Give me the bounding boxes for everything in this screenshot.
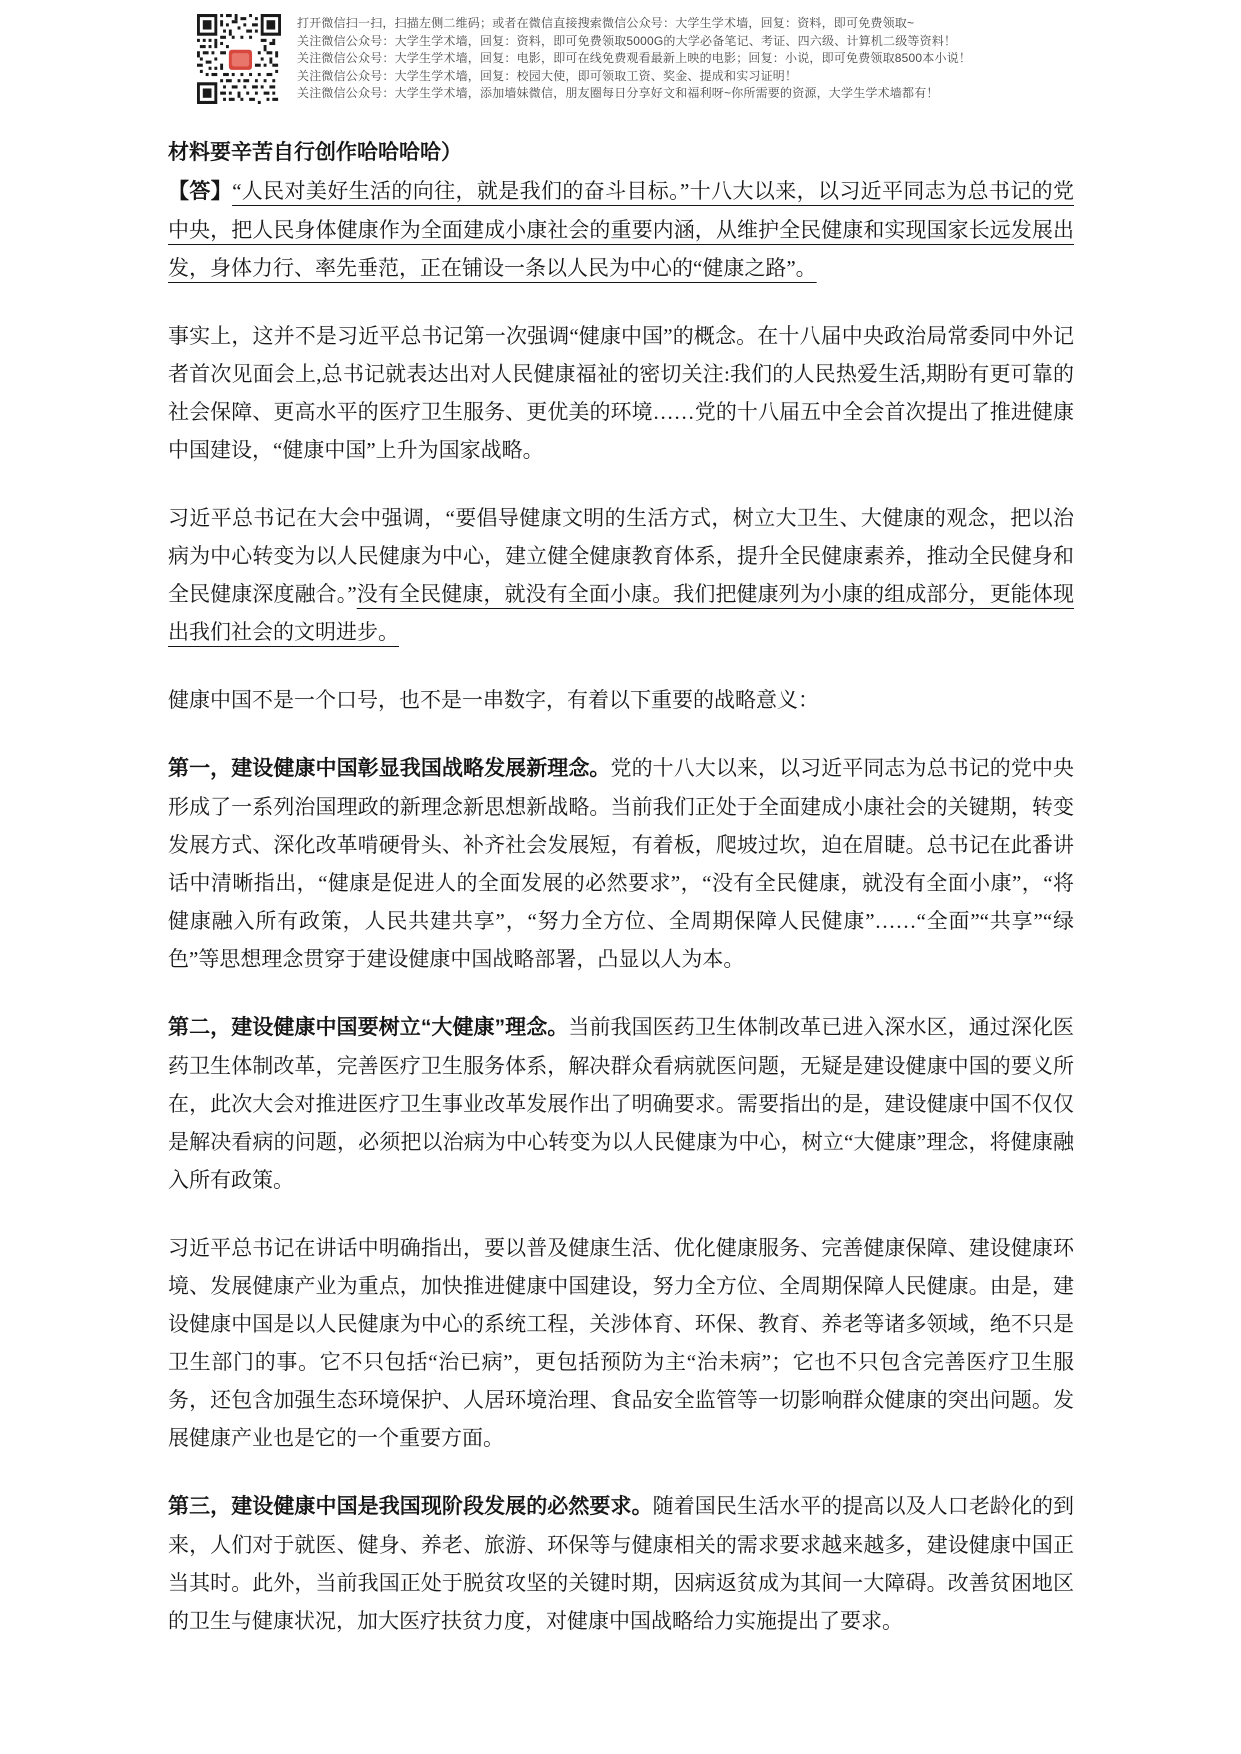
promo-header: 打开微信扫一扫，扫描左侧二维码；或者在微信直接搜索微信公众号：大学生学术墙，回复… (197, 14, 971, 104)
point3-heading: 第三，建设健康中国是我国现阶段发展的必然要求。 (168, 1495, 653, 1518)
answer-paragraph: 【答】“人民对美好生活的向往，就是我们的奋斗目标。”十八大以来，以习近平同志为总… (168, 172, 1074, 287)
promo-line-5: 关注微信公众号：大学生学术墙，添加墙妹微信，朋友圈每日分享好文和福利呀~你所需要… (297, 85, 971, 103)
paragraph-point3: 第三，建设健康中国是我国现阶段发展的必然要求。随着国民生活水平的提高以及人口老龄… (168, 1487, 1074, 1640)
promo-line-2: 关注微信公众号：大学生学术墙，回复：资料，即可免费领取5000G的大学必备笔记、… (297, 33, 971, 51)
paragraph-strategy-intro: 健康中国不是一个口号，也不是一串数字，有着以下重要的战略意义： (168, 681, 1074, 719)
answer-underlined-text: “人民对美好生活的向往，就是我们的奋斗目标。”十八大以来，以习近平同志为总书记的… (168, 179, 1074, 280)
promo-line-4: 关注微信公众号：大学生学术墙，回复：校园大使，即可领取工资、奖金、提成和实习证明… (297, 68, 971, 86)
point2-body: 当前我国医药卫生体制改革已进入深水区，通过深化医药卫生体制改革，完善医疗卫生服务… (168, 1015, 1074, 1192)
wechat-qr-code-icon (197, 14, 281, 104)
answer-label: 【答】 (168, 180, 232, 203)
promo-line-1: 打开微信扫一扫，扫描左侧二维码；或者在微信直接搜索微信公众号：大学生学术墙，回复… (297, 15, 971, 33)
document-page: 打开微信扫一扫，扫描左侧二维码；或者在微信直接搜索微信公众号：大学生学术墙，回复… (0, 0, 1241, 1754)
point2-heading: 第二，建设健康中国要树立“大健康”理念。 (168, 1016, 568, 1039)
doc-title: 材料要辛苦自行创作哈哈哈哈） (168, 134, 1074, 172)
paragraph-point1: 第一，建设健康中国彰显我国战略发展新理念。党的十八大以来，以习近平同志为总书记的… (168, 749, 1074, 978)
document-body: 材料要辛苦自行创作哈哈哈哈） 【答】“人民对美好生活的向往，就是我们的奋斗目标。… (168, 134, 1074, 1670)
promo-line-3: 关注微信公众号：大学生学术墙，回复：电影，即可在线免费观看最新上映的电影；回复：… (297, 50, 971, 68)
qr-code-graphic (197, 14, 281, 104)
paragraph-emphasis: 习近平总书记在大会中强调，“要倡导健康文明的生活方式，树立大卫生、大健康的观念，… (168, 499, 1074, 651)
point1-heading: 第一，建设健康中国彰显我国战略发展新理念。 (168, 757, 611, 780)
paragraph-speech: 习近平总书记在讲话中明确指出，要以普及健康生活、优化健康服务、完善健康保障、建设… (168, 1229, 1074, 1457)
point1-body: 党的十八大以来，以习近平同志为总书记的党中央形成了一系列治国理政的新理念新思想新… (168, 756, 1074, 971)
promo-text-block: 打开微信扫一扫，扫描左侧二维码；或者在微信直接搜索微信公众号：大学生学术墙，回复… (297, 14, 971, 103)
paragraph-point2: 第二，建设健康中国要树立“大健康”理念。当前我国医药卫生体制改革已进入深水区，通… (168, 1008, 1074, 1199)
paragraph-concept: 事实上，这并不是习近平总书记第一次强调“健康中国”的概念。在十八届中央政治局常委… (168, 317, 1074, 469)
